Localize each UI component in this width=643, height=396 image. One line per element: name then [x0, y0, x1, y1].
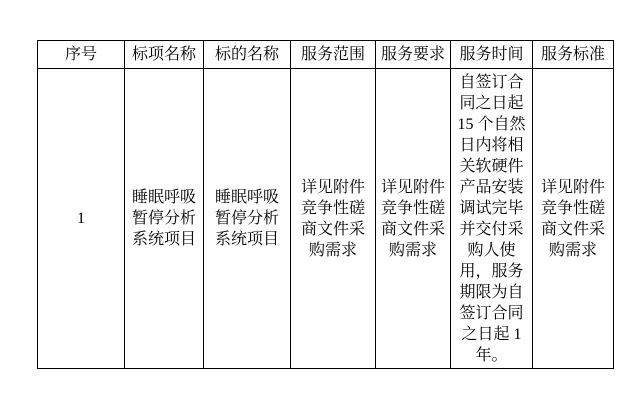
cell-seq-no: 1	[38, 69, 125, 369]
cell-service-standard: 详见附件竞争性磋商文件采购需求	[533, 69, 614, 369]
table-row: 1 睡眠呼吸暂停分析系统项目 睡眠呼吸暂停分析系统项目 详见附件竞争性磋商文件采…	[38, 69, 614, 369]
col-header-bid-item-name: 标项名称	[125, 41, 204, 69]
col-header-service-standard: 服务标准	[533, 41, 614, 69]
col-header-subject-name: 标的名称	[204, 41, 291, 69]
col-header-service-requirements: 服务要求	[376, 41, 451, 69]
col-header-service-scope: 服务范围	[291, 41, 376, 69]
procurement-bid-table: 序号 标项名称 标的名称 服务范围 服务要求 服务时间 服务标准 1 睡眠呼吸暂…	[37, 40, 614, 369]
cell-bid-item-name: 睡眠呼吸暂停分析系统项目	[125, 69, 204, 369]
table-header-row: 序号 标项名称 标的名称 服务范围 服务要求 服务时间 服务标准	[38, 41, 614, 69]
col-header-seq-no: 序号	[38, 41, 125, 69]
col-header-service-time: 服务时间	[451, 41, 533, 69]
cell-service-time: 自签订合同之日起 15 个自然日内将相关软硬件产品安装调试完毕并交付采购人使用，…	[451, 69, 533, 369]
cell-service-scope: 详见附件竞争性磋商文件采购需求	[291, 69, 376, 369]
cell-subject-name: 睡眠呼吸暂停分析系统项目	[204, 69, 291, 369]
cell-service-requirements: 详见附件竞争性磋商文件采购需求	[376, 69, 451, 369]
document-page: 序号 标项名称 标的名称 服务范围 服务要求 服务时间 服务标准 1 睡眠呼吸暂…	[0, 0, 643, 396]
